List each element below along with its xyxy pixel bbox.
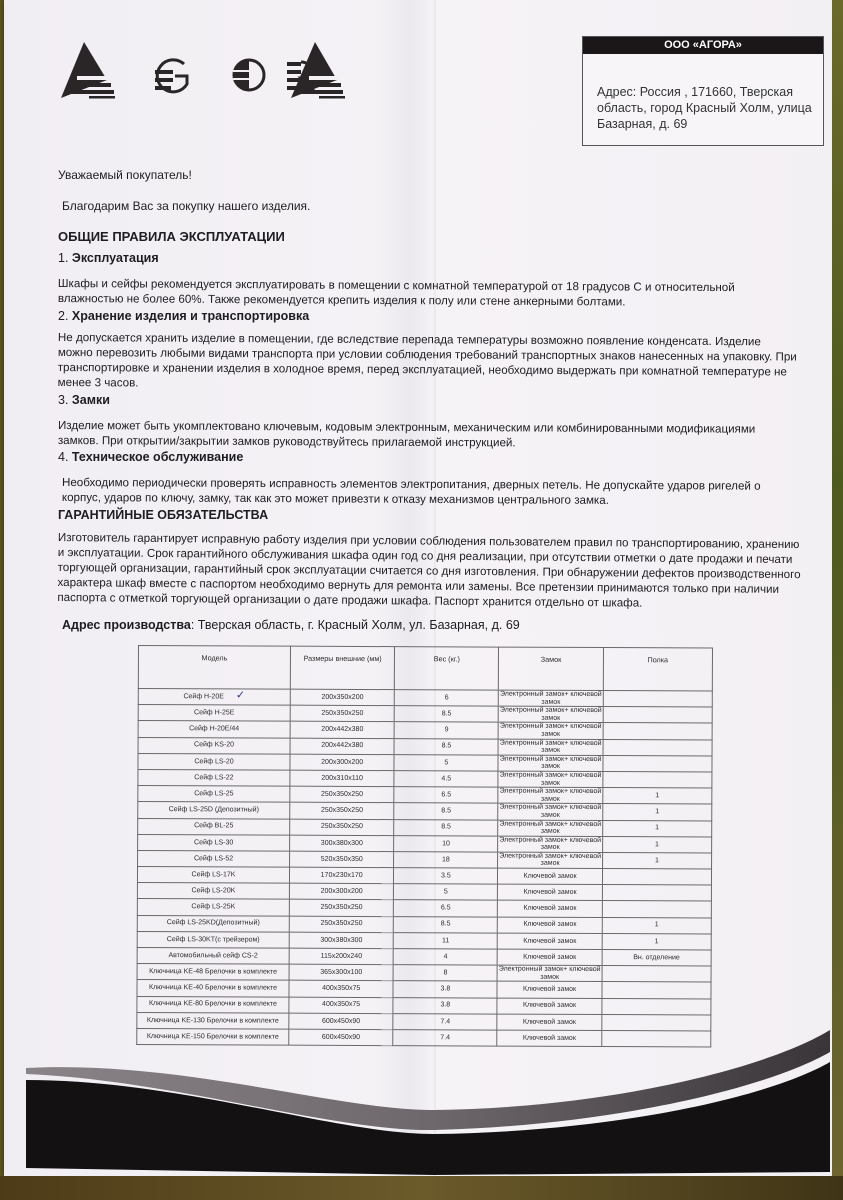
cell-model-text: Сейф LS-30	[194, 839, 233, 846]
cell-shelf-text: 1	[655, 938, 659, 945]
cell-model: Ключница KE-40 Брелочки в комплекте	[137, 980, 289, 997]
cell-lock: Ключевой замок	[498, 949, 602, 966]
section-3-text: Изделие может быть укомплектовано ключев…	[58, 418, 798, 452]
cell-shelf: 1	[602, 852, 711, 869]
cell-lock-text: Электронный замок+ ключевой замок	[499, 804, 601, 819]
col-header-model: Модель	[138, 646, 290, 690]
cell-model: Автомобильный сейф CS-2	[137, 947, 289, 964]
section-number: 3.	[58, 393, 68, 407]
cell-weight-text: 10	[442, 840, 450, 847]
cell-lock: Электронный замок+ ключевой замок	[499, 706, 603, 723]
cell-size: 115x200x240	[289, 948, 393, 965]
col-header-shelf: Полка	[603, 648, 712, 691]
cell-size: 200x310x110	[290, 770, 394, 787]
cell-model-text: Сейф LS-17K	[192, 871, 236, 878]
cell-model-text: Сейф LS-25KD(Депозитный)	[167, 920, 260, 927]
cell-shelf	[603, 739, 712, 756]
cell-shelf: Вн. отделение	[602, 950, 711, 967]
cell-model: Сейф LS-22	[138, 769, 290, 786]
cell-model: Сейф BL-25	[138, 818, 290, 835]
cell-weight: 8.5	[394, 803, 498, 820]
cell-lock: Электронный замок+ ключевой замок	[498, 803, 602, 820]
cell-size: 200x300x200	[289, 883, 393, 900]
cell-weight: 4.5	[394, 771, 498, 788]
cell-model-text: Сейф H-20E/44	[189, 725, 239, 732]
cell-model-text: Сейф H-25E	[194, 709, 234, 716]
cell-weight: 10	[394, 835, 498, 852]
cell-size-text: 115x200x240	[321, 953, 363, 960]
cell-lock-text: Электронный замок+ ключевой замок	[500, 772, 602, 787]
production-address-label: Адрес производства	[62, 618, 191, 632]
cell-size-text: 400x350x75	[322, 985, 360, 992]
cell-model: Сейф LS-30KT(с трейзером)	[137, 931, 289, 948]
cell-lock: Электронный замок+ ключевой замок	[498, 755, 602, 772]
cell-model: Ключница KE-130 Брелочки в комплекте	[137, 1012, 289, 1029]
cell-lock: Ключевой замок	[497, 981, 601, 998]
cell-model: Ключница KE-80 Брелочки в комплекте	[137, 996, 289, 1013]
cell-model-text: Сейф LS-20K	[191, 887, 235, 894]
section-4-text: Необходимо периодически проверять исправ…	[62, 475, 802, 509]
cell-model-text: Сейф LS-52	[194, 855, 233, 862]
cell-lock-text: Электронный замок+ ключевой замок	[500, 755, 602, 770]
cell-lock: Ключевой замок	[498, 917, 602, 934]
cell-shelf	[603, 755, 712, 772]
cell-lock: Электронный замок+ ключевой замок	[498, 771, 602, 788]
decorative-waves	[4, 1030, 832, 1176]
cell-shelf: 1	[602, 933, 711, 950]
cell-lock-text: Ключевой замок	[523, 986, 576, 993]
cell-weight-text: 9	[445, 727, 449, 734]
agora-logo-a-icon	[287, 42, 347, 102]
cell-size-text: 250x350x250	[320, 920, 362, 927]
cell-model-text: Сейф KS-20	[194, 742, 234, 749]
cell-weight-text: 18	[442, 856, 450, 863]
col-header-size: Размеры внешние (мм)	[290, 646, 395, 689]
cell-lock: Электронный замок+ ключевой замок	[498, 787, 602, 804]
cell-weight-text: 3.5	[441, 872, 451, 879]
cell-lock: Электронный замок+ ключевой замок	[498, 820, 602, 837]
cell-lock: Электронный замок+ ключевой замок	[499, 690, 603, 707]
cell-shelf	[602, 966, 711, 983]
cell-shelf-text: 1	[655, 808, 659, 815]
section-number: 4.	[58, 450, 68, 464]
cell-weight: 3.8	[393, 997, 497, 1014]
cell-model: Сейф KS-20	[138, 737, 290, 754]
cell-shelf: 1	[602, 917, 711, 934]
section-1-heading: 1. Эксплуатация	[58, 251, 159, 265]
cell-shelf	[602, 885, 711, 902]
cell-lock: Ключевой замок	[498, 933, 602, 950]
cell-lock: Ключевой замок	[497, 998, 601, 1015]
cell-shelf	[602, 901, 711, 918]
cell-lock-text: Ключевой замок	[523, 905, 576, 912]
cell-size-text: 200x350x200	[321, 694, 363, 701]
cell-weight: 3.8	[393, 981, 497, 998]
cell-lock: Электронный замок+ ключевой замок	[498, 852, 602, 869]
cell-lock: Электронный замок+ ключевой замок	[498, 836, 602, 853]
company-address: Адрес: Россия , 171660, Тверская область…	[583, 54, 823, 132]
greeting: Уважаемый покупатель!	[58, 168, 192, 182]
cell-lock: Электронный замок+ ключевой замок	[497, 965, 601, 982]
cell-weight-text: 8.5	[442, 743, 452, 750]
cell-size: 250x350x250	[290, 819, 394, 836]
cell-lock-text: Электронный замок+ ключевой замок	[500, 723, 602, 738]
table-header-row: Модель Размеры внешние (мм) Вес (кг.) За…	[138, 646, 712, 692]
cell-lock-text: Ключевой замок	[523, 921, 576, 928]
cell-shelf	[603, 771, 712, 788]
cell-size: 250x350x250	[290, 802, 394, 819]
cell-lock: Ключевой замок	[498, 868, 602, 885]
cell-weight-text: 8	[443, 969, 447, 976]
cell-weight: 8.5	[394, 819, 498, 836]
thanks-line: Благодарим Вас за покупку нашего изделия…	[62, 199, 310, 213]
agora-logo	[59, 42, 349, 102]
cell-lock-text: Электронный замок+ ключевой замок	[499, 820, 601, 835]
cell-model-text: Ключница KE-40 Брелочки в комплекте	[149, 984, 277, 992]
cell-size-text: 250x350x250	[321, 791, 363, 798]
cell-lock-text: Ключевой замок	[523, 954, 576, 961]
cell-shelf	[602, 998, 711, 1015]
cell-weight: 11	[394, 932, 498, 949]
cell-weight: 8.5	[394, 738, 498, 755]
cell-size: 365x300x100	[289, 964, 393, 981]
cell-size-text: 300x380x300	[321, 839, 363, 846]
cell-weight: 6.5	[394, 787, 498, 804]
production-address: Адрес производства: Тверская область, г.…	[62, 618, 520, 632]
cell-size: 400x350x75	[289, 981, 393, 998]
cell-lock-text: Ключевой замок	[523, 937, 576, 944]
cell-weight: 8.5	[394, 916, 498, 933]
cell-weight: 6.5	[394, 900, 498, 917]
section-title: Эксплуатация	[72, 251, 159, 265]
cell-size: 250x350x250	[290, 705, 394, 722]
cell-weight-text: 5	[444, 759, 448, 766]
cell-lock-text: Ключевой замок	[523, 889, 576, 896]
section-2-text: Не допускается хранить изделие в помещен…	[58, 330, 798, 395]
cell-size: 200x350x200	[290, 689, 394, 706]
cell-lock: Ключевой замок	[498, 901, 602, 918]
cell-model-text: Ключница KE-80 Брелочки в комплекте	[149, 1000, 277, 1008]
cell-lock-text: Электронный замок+ ключевой замок	[500, 707, 602, 722]
cell-size-text: 200x310x110	[321, 775, 363, 782]
cell-shelf: 1	[602, 820, 711, 837]
cell-shelf-text: 1	[655, 857, 659, 864]
cell-shelf: 1	[603, 788, 712, 805]
cell-size-text: 200x442x380	[321, 726, 363, 733]
cell-model: Сейф LS-25	[138, 786, 290, 803]
cell-weight: 3.5	[394, 868, 498, 885]
cell-size-text: 365x300x100	[320, 969, 362, 976]
cell-model-text: Сейф LS-20	[194, 758, 233, 765]
cell-size-text: 520x350x350	[321, 856, 363, 863]
cell-model-text: Сейф LS-25K	[191, 904, 235, 911]
rules-title: ОБЩИЕ ПРАВИЛА ЭКСПЛУАТАЦИИ	[58, 229, 285, 244]
cell-model: Сейф LS-52	[138, 850, 290, 867]
cell-weight-text: 4.5	[441, 775, 451, 782]
cell-shelf	[603, 723, 712, 740]
cell-weight-text: 8.5	[441, 807, 451, 814]
cell-weight-text: 6.5	[441, 791, 451, 798]
cell-weight-text: 6.5	[441, 905, 451, 912]
cell-weight-text: 8.5	[441, 921, 451, 928]
cell-weight: 8	[393, 965, 497, 982]
cell-lock-text: Электронный замок+ ключевой замок	[500, 691, 602, 706]
background-edge-right	[832, 0, 843, 1200]
cell-shelf	[602, 869, 711, 886]
cell-size: 300x380x300	[289, 932, 393, 949]
cell-size: 250x350x250	[290, 786, 394, 803]
cell-weight: 4	[393, 949, 497, 966]
cell-size-text: 250x350x250	[321, 710, 363, 717]
col-header-weight: Вес (кг.)	[395, 647, 499, 690]
product-spec-table: Модель Размеры внешние (мм) Вес (кг.) За…	[136, 645, 713, 1048]
cell-lock-text: Электронный замок+ ключевой замок	[500, 739, 602, 754]
cell-model: Сейф LS-17K	[137, 867, 289, 884]
cell-weight-text: 3.8	[441, 986, 451, 993]
cell-model: Сейф H-25E	[138, 705, 290, 722]
cell-weight: 18	[394, 851, 498, 868]
cell-weight-text: 6	[445, 694, 449, 701]
cell-size-text: 170x230x170	[321, 872, 363, 879]
cell-weight: 9	[394, 722, 498, 739]
cell-weight-text: 11	[442, 937, 449, 944]
cell-model: Сейф LS-20	[138, 753, 290, 770]
production-address-value: : Тверская область, г. Красный Холм, ул.…	[191, 618, 520, 632]
cell-shelf: 1	[602, 836, 711, 853]
cell-size: 300x380x300	[290, 835, 394, 852]
cell-size-text: 250x350x250	[321, 807, 363, 814]
section-number: 1.	[58, 251, 68, 265]
cell-shelf: 1	[603, 804, 712, 821]
cell-shelf-text: Вн. отделение	[633, 954, 680, 961]
cell-model: Сейф H-20E✓	[138, 689, 290, 706]
cell-model-text: Сейф LS-25D (Депозитный)	[169, 806, 259, 813]
cell-lock-text: Электронный замок+ ключевой замок	[500, 788, 602, 803]
cell-size-text: 200x442x380	[321, 742, 363, 749]
section-title: Замки	[72, 393, 110, 407]
cell-shelf-text: 1	[655, 922, 659, 929]
cell-size: 400x350x75	[289, 997, 393, 1014]
cell-size: 250x350x250	[289, 916, 393, 933]
cell-size: 600x450x90	[289, 1013, 393, 1030]
cell-lock-text: Ключевой замок	[523, 1018, 576, 1025]
cell-weight-text: 4	[444, 953, 448, 960]
cell-weight: 6	[395, 690, 499, 707]
cell-lock-text: Электронный замок+ ключевой замок	[499, 836, 601, 851]
company-info-box: ООО «АГОРА» Адрес: Россия , 171660, Твер…	[582, 36, 824, 146]
cell-lock: Ключевой замок	[498, 884, 602, 901]
cell-lock-text: Ключевой замок	[524, 873, 577, 880]
cell-shelf-text: 1	[655, 841, 659, 848]
cell-weight-text: 7.4	[440, 1018, 450, 1025]
cell-lock-text: Ключевой замок	[523, 1002, 576, 1009]
cell-lock-text: Электронный замок+ ключевой замок	[499, 966, 601, 981]
cell-size: 250x350x250	[289, 900, 393, 917]
handwritten-checkmark-icon: ✓	[236, 690, 245, 702]
cell-lock: Электронный замок+ ключевой замок	[499, 722, 603, 739]
cell-lock: Электронный замок+ ключевой замок	[498, 739, 602, 756]
cell-model-text: Ключница KE-48 Брелочки в комплекте	[149, 968, 277, 976]
document-page: ООО «АГОРА» Адрес: Россия , 171660, Твер…	[4, 0, 832, 1176]
cell-shelf-text: 1	[655, 825, 659, 832]
cell-weight-text: 3.8	[440, 1002, 450, 1009]
section-number: 2.	[58, 309, 68, 323]
cell-size: 200x442x380	[290, 738, 394, 755]
cell-shelf	[602, 1014, 711, 1031]
cell-model-text: Сейф LS-30KT(с трейзером)	[167, 936, 260, 943]
cell-lock-text: Электронный замок+ ключевой замок	[499, 853, 601, 868]
cell-model-text: Сейф LS-22	[194, 774, 233, 781]
cell-size: 200x442x380	[290, 722, 394, 739]
cell-weight: 7.4	[393, 1013, 497, 1030]
cell-weight: 5	[394, 754, 498, 771]
cell-model: Сейф LS-25K	[137, 899, 289, 916]
section-3-heading: 3. Замки	[58, 393, 110, 407]
warranty-text: Изготовитель гарантирует исправную работ…	[57, 530, 803, 612]
cell-model: Сейф H-20E/44	[138, 721, 290, 738]
company-name: ООО «АГОРА»	[583, 37, 823, 54]
background-edge-bottom	[0, 1176, 843, 1200]
cell-weight: 8.5	[395, 706, 499, 723]
cell-weight: 5	[394, 884, 498, 901]
cell-model: Сейф LS-30	[138, 834, 290, 851]
cell-size: 170x230x170	[289, 867, 393, 884]
cell-model: Сейф LS-20K	[137, 883, 289, 900]
cell-size-text: 400x350x75	[322, 1001, 360, 1008]
cell-size-text: 200x300x200	[321, 758, 363, 765]
cell-model: Сейф LS-25D (Депозитный)	[138, 802, 290, 819]
cell-size: 520x350x350	[290, 851, 394, 868]
warranty-title: ГАРАНТИЙНЫЕ ОБЯЗАТЕЛЬСТВА	[58, 508, 268, 522]
cell-model: Сейф LS-25KD(Депозитный)	[137, 915, 289, 932]
cell-weight-text: 5	[444, 888, 448, 895]
cell-model-text: Сейф LS-25	[194, 790, 233, 797]
section-2-heading: 2. Хранение изделия и транспортировка	[58, 309, 309, 323]
cell-shelf	[603, 691, 712, 708]
cell-shelf-text: 1	[655, 792, 659, 799]
col-header-lock: Замок	[499, 647, 604, 690]
cell-model-text: Автомобильный сейф CS-2	[168, 952, 257, 959]
cell-weight-text: 8.5	[441, 824, 451, 831]
section-1-text: Шкафы и сейфы рекомендуется эксплуатиров…	[58, 276, 798, 311]
cell-model-text: Сейф H-20E	[183, 694, 223, 701]
cell-model-text: Ключница KE-130 Брелочки в комплекте	[147, 1017, 279, 1025]
section-title: Хранение изделия и транспортировка	[72, 309, 309, 323]
cell-size: 200x300x200	[290, 754, 394, 771]
cell-size-text: 300x380x300	[320, 936, 362, 943]
cell-model-text: Сейф BL-25	[194, 823, 233, 830]
cell-size-text: 250x350x250	[321, 823, 363, 830]
cell-shelf	[602, 982, 711, 999]
cell-model: Ключница KE-48 Брелочки в комплекте	[137, 964, 289, 981]
cell-shelf	[603, 707, 712, 724]
cell-size-text: 200x300x200	[321, 888, 363, 895]
cell-size-text: 250x350x250	[321, 904, 363, 911]
cell-size-text: 600x450x90	[322, 1017, 360, 1024]
cell-lock: Ключевой замок	[497, 1014, 601, 1031]
section-4-heading: 4. Техническое обслуживание	[58, 450, 243, 464]
cell-weight-text: 8.5	[442, 710, 452, 717]
section-title: Техническое обслуживание	[72, 450, 243, 464]
